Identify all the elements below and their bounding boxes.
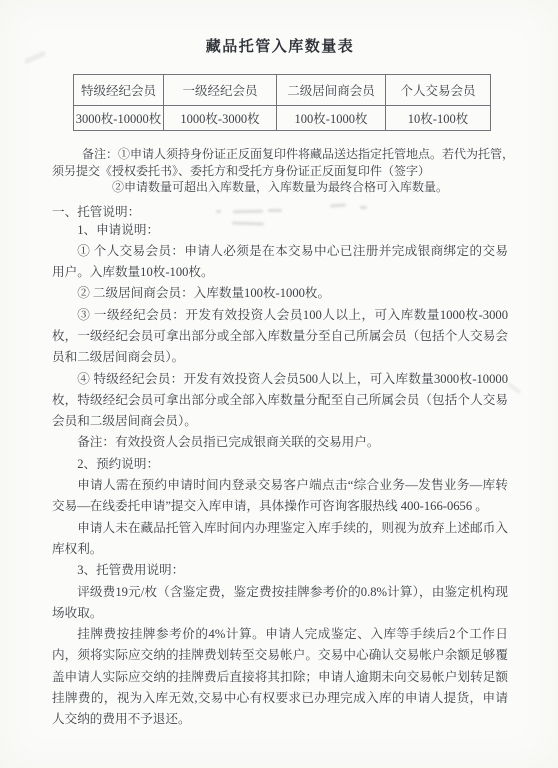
table-remark-block: 备注：①申请人须持身份证正反面复印件将藏品送达指定托管地点。若代为托管， 须另提…: [52, 146, 508, 196]
paragraph: ② 二级居间商会员：入库数量100枚-1000枚。: [52, 283, 508, 304]
page-title: 藏品托管入库数量表: [52, 36, 508, 58]
table-header-cell: 二级居间商会员: [277, 75, 386, 106]
table-value-cell: 100枚-1000枚: [277, 106, 386, 131]
table-value-row: 3000枚-10000枚 1000枚-3000枚 100枚-1000枚 10枚-…: [74, 106, 491, 131]
remark-line: 备注：①申请人须持身份证正反面复印件将藏品送达指定托管地点。若代为托管，: [52, 146, 508, 163]
paragraph: ④ 特级经纪会员：开发有效投资人会员500人以上，可入库数量3000枚-1000…: [52, 369, 508, 433]
scan-smudge: [24, 51, 46, 65]
paragraph: 申请人未在藏品托管入库时间内办理鉴定入库手续的，则视为放弃上述邮币入库权利。: [52, 518, 508, 561]
paragraph: 申请人需在预约申请时间内登录交易客户端点击“综合业务—发售业务—库转交易—在线委…: [52, 475, 508, 518]
quota-table: 特级经纪会员 一级经纪会员 二级居间商会员 个人交易会员 3000枚-10000…: [73, 74, 491, 131]
table-header-cell: 个人交易会员: [386, 75, 491, 106]
table-header-cell: 特级经纪会员: [74, 75, 164, 106]
table-value-cell: 10枚-100枚: [386, 106, 491, 131]
paragraph: 评级费19元/枚（含鉴定费，鉴定费按挂牌参考价的0.8%计算），由鉴定机构现场收…: [52, 582, 508, 625]
paragraph: ③ 一级经纪会员：开发有效投资人会员100人以上，可入库数量1000枚-3000…: [52, 305, 508, 369]
paragraph: ① 个人交易会员：申请人必须是在本交易中心已注册并完成银商绑定的交易用户。入库数…: [52, 241, 508, 284]
sub-heading: 3、托管费用说明：: [52, 560, 508, 581]
scanned-document-page: 藏品托管入库数量表 特级经纪会员 一级经纪会员 二级居间商会员 个人交易会员 3…: [0, 0, 558, 768]
sub-heading: 2、预约说明：: [52, 454, 508, 475]
table-header-cell: 一级经纪会员: [164, 75, 277, 106]
table-value-cell: 1000枚-3000枚: [164, 106, 277, 131]
paragraph: 挂牌费按挂牌参考价的4%计算。申请人完成鉴定、入库等手续后2个工作日内，须将实际…: [52, 624, 508, 730]
scan-smudge: [506, 381, 521, 394]
table-header-row: 特级经纪会员 一级经纪会员 二级居间商会员 个人交易会员: [74, 75, 491, 106]
remark-line: 须另提交《授权委托书》、委托方和受托方身份证正反面复印件（签字）: [52, 163, 508, 180]
document-content: 藏品托管入库数量表 特级经纪会员 一级经纪会员 二级居间商会员 个人交易会员 3…: [52, 36, 508, 731]
table-value-cell: 3000枚-10000枚: [74, 106, 164, 131]
sub-heading: 1、申请说明：: [52, 220, 508, 241]
document-body: 一、托管说明： 1、申请说明： ① 个人交易会员：申请人必须是在本交易中心已注册…: [52, 204, 508, 731]
remark-line: ②申请数量可超出入库数量，入库数量为最终合格可入库数量。: [52, 179, 508, 196]
section-heading: 一、托管说明：: [52, 204, 508, 220]
note-paragraph: 备注：有效投资人会员指已完成银商关联的交易用户。: [52, 432, 508, 453]
